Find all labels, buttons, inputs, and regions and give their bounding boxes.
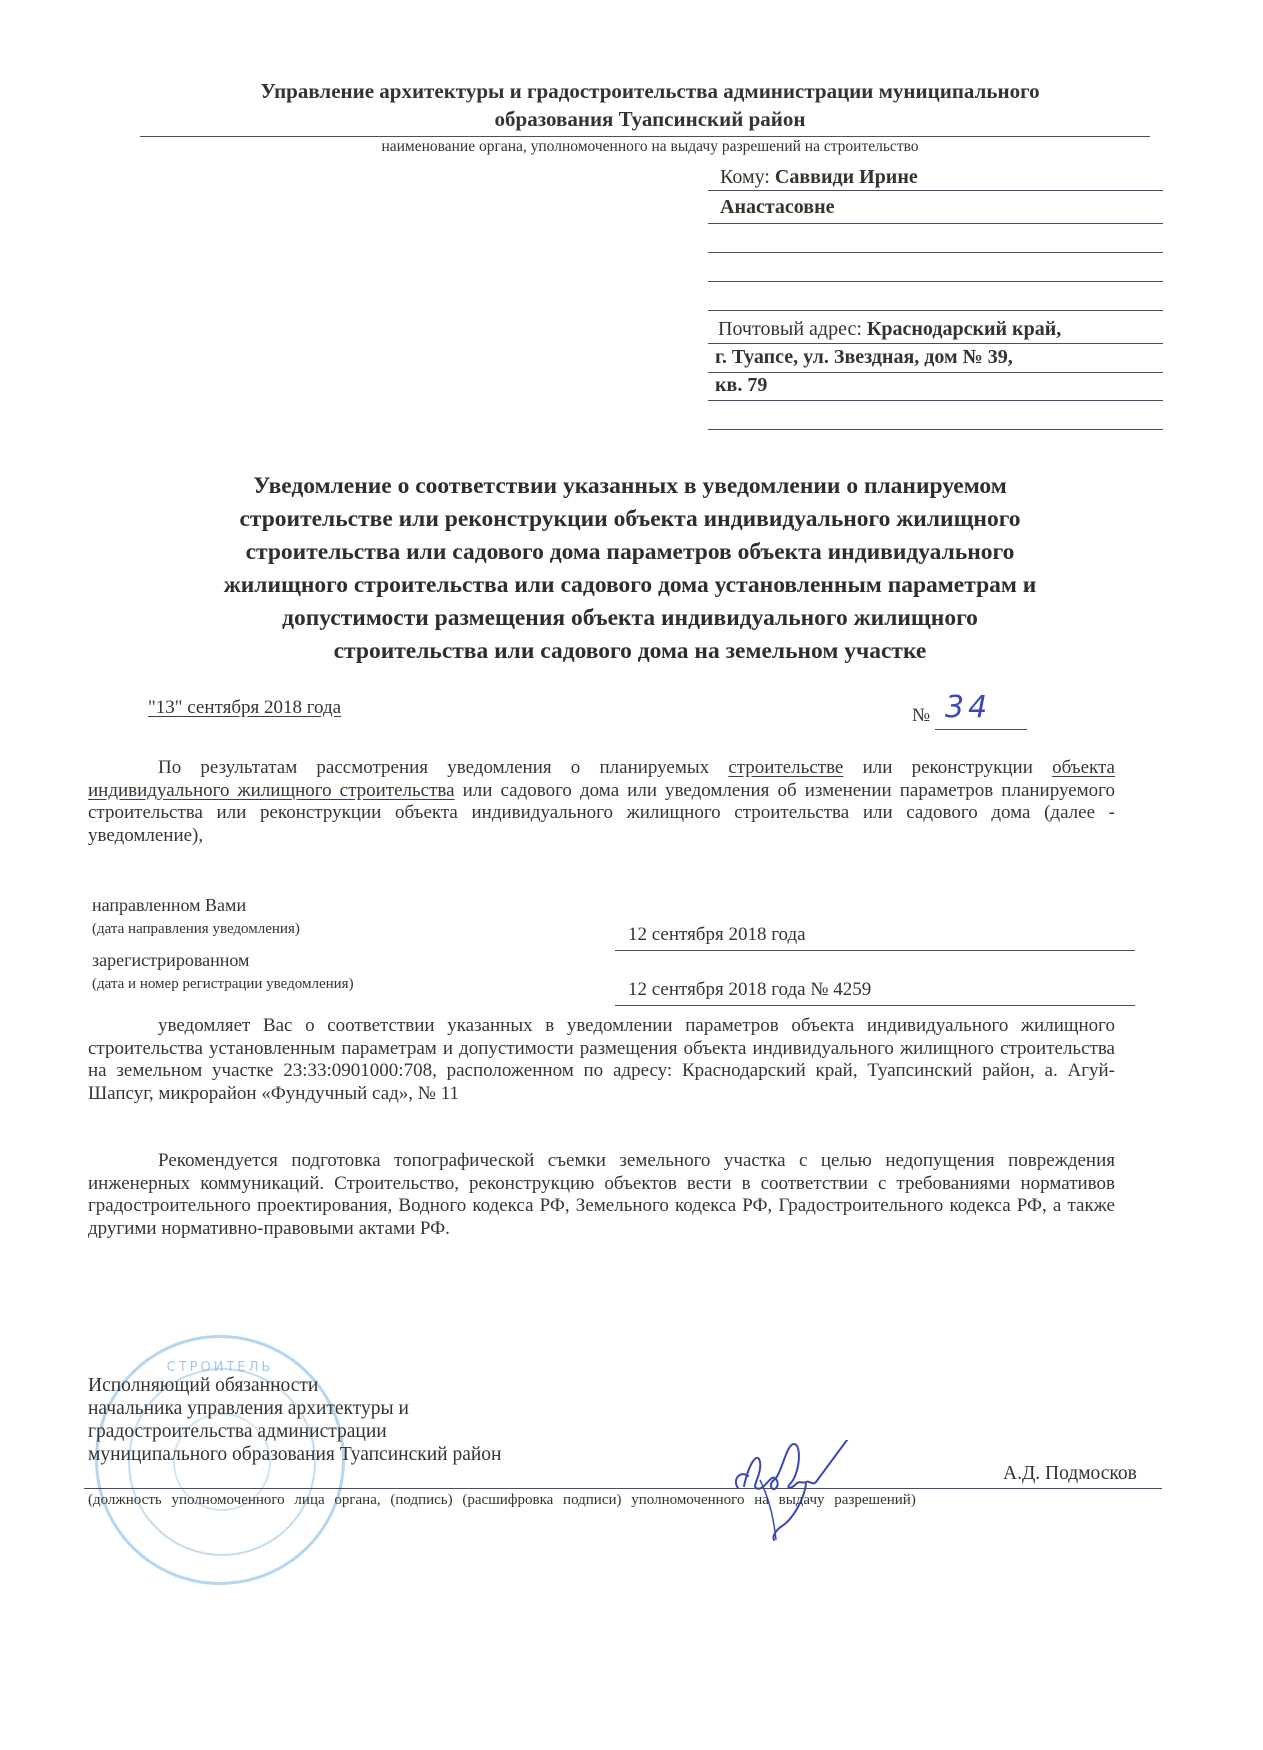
address-line3: кв. 79 [715,373,767,397]
address-line1: Почтовый адрес: Краснодарский край, [718,317,1061,341]
title-line-6: строительства или садового дома на земел… [130,635,1130,668]
recipient-name-2: Анастасовне [720,196,835,218]
sent-rule [615,950,1135,951]
registered-value: 12 сентября 2018 года № 4259 [628,979,871,1001]
document-number: 34 [945,690,991,725]
title-line-3: строительства или садового дома параметр… [130,536,1130,569]
address-value-2: г. Туапсе, ул. Звездная, дом № 39, [715,346,1013,368]
title-line-5: допустимости размещения объекта индивиду… [130,602,1130,635]
org-name-line1: Управление архитектуры и градостроительс… [150,78,1150,105]
sent-caption: (дата направления уведомления) [92,921,300,938]
registered-caption: (дата и номер регистрации уведомления) [92,976,354,993]
header-rule [140,136,1150,137]
paragraph-1: По результатам рассмотрения уведомления … [88,757,1115,847]
document-title: Уведомление о соответствии указанных в у… [130,470,1130,668]
org-name-line2: образования Туапсинский район [150,106,1150,133]
number-label: № [912,705,930,727]
para1-text-a: По результатам рассмотрения уведомления … [158,757,728,778]
address-value-3: кв. 79 [715,374,767,396]
recipient-rule-3 [708,252,1163,253]
title-line-1: Уведомление о соответствии указанных в у… [130,470,1130,503]
sent-label: направленном Вами [92,895,246,916]
signature-caption: (должность уполномоченного лица органа, … [88,1491,1113,1509]
title-line-2: строительстве или реконструкции объекта … [130,503,1130,536]
registered-label: зарегистрированном [92,950,249,971]
address-label: Почтовый адрес: [718,318,862,340]
position-line-3: градостроительства администрации [88,1420,501,1443]
address-rule-3 [708,400,1163,401]
position-line-2: начальника управления архитектуры и [88,1397,501,1420]
recipient-line1: Кому: Саввиди Ирине [720,165,918,189]
position-line-1: Исполняющий обязанности [88,1374,501,1397]
document-date: "13" сентября 2018 года [148,697,341,719]
paragraph-3: Рекомендуется подготовка топографической… [88,1150,1115,1240]
sent-date-value: 12 сентября 2018 года [628,924,806,946]
position-line-4: муниципального образования Туапсинский р… [88,1443,501,1466]
recipient-rule-4 [708,281,1163,282]
address-value-1: Краснодарский край, [867,318,1061,340]
recipient-rule-2 [708,223,1163,224]
address-line2: г. Туапсе, ул. Звездная, дом № 39, [715,345,1013,369]
address-rule-1 [708,343,1163,344]
title-line-4: жилищного строительства или садового дом… [130,569,1130,602]
address-rule-4 [708,429,1163,430]
recipient-line2: Анастасовне [720,195,835,219]
paragraph-2: уведомляет Вас о соответствии указанных … [88,1015,1115,1105]
signer-position: Исполняющий обязанности начальника управ… [88,1374,501,1466]
recipient-rule-1 [708,190,1163,191]
org-caption: наименование органа, уполномоченного на … [150,138,1150,156]
recipient-name-1: Саввиди Ирине [775,166,918,188]
recipient-rule-5 [708,310,1163,311]
para1-text-b: или реконструкции [843,757,1052,778]
signature-rule [84,1488,1162,1489]
to-label: Кому: [720,166,770,188]
signer-name: А.Д. Подмосков [1003,1462,1137,1485]
number-rule [935,729,1027,730]
registered-rule [615,1005,1135,1006]
address-rule-2 [708,372,1163,373]
para1-underlined-1: строительстве [728,757,843,778]
